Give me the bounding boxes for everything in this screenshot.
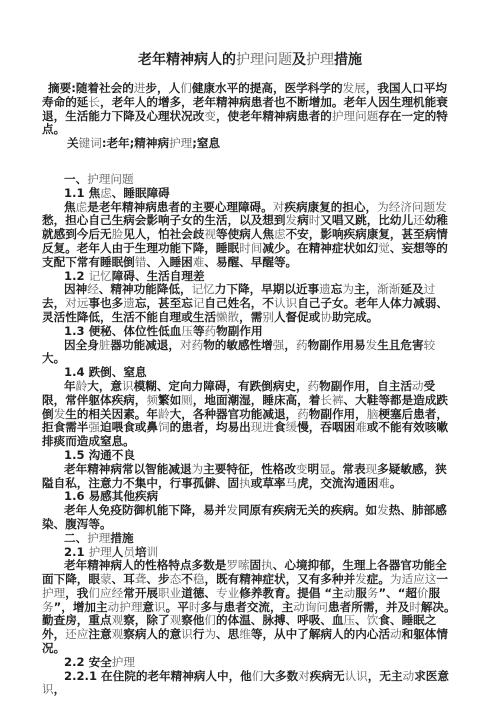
page-title: 老年精神病人的护理问题及护理措施 [0,52,500,69]
subsection-heading: 1.4 跌倒、窒息 [42,366,458,380]
document-body: 摘要:随着社会的进步，人们健康水平的提高，医学科学的发展，我国人口平均寿命的延长… [0,82,500,697]
document-page: 老年精神病人的护理问题及护理措施 摘要:随着社会的进步，人们健康水平的提高，医学… [0,0,500,707]
subsection-heading: 1.2 记忆障碍、生活自理差 [42,270,458,284]
body-paragraph: 年龄大，意识模糊、定向力障碍，有跌倒病史，药物副作用，自主活动受限，常伴躯体疾病… [42,380,458,449]
body-paragraph: 老年精神病人的性格特点多数是罗嗦固执、心境抑郁，生理上各器官功能全面下降，眼蒙、… [42,559,458,656]
body-paragraph: 焦虑是老年精神病患者的主要心理障碍。对疾病康复的担心，为经济问题发愁，担心自己生… [42,201,458,270]
body-paragraph: 因全身脏器功能减退，对药物的敏感性增强，药物副作用易发生且危害较大。 [42,339,458,367]
subsection-heading: 1.6 易感其他疾病 [42,490,458,504]
body-paragraph: 因神经、精神功能降低，记忆力下降，早期以近事遗忘为主，渐渐延及过去，对远事也多遗… [42,283,458,324]
subsection-heading: 2.2 安全护理 [42,656,458,670]
subsection-heading: 1.1 焦虑、睡眠障碍 [42,187,458,201]
subsection-heading: 1.5 沟通不良 [42,449,458,463]
section-heading: 一、护理问题 [42,173,458,187]
subsection-heading: 1.3 便秘、体位性低血压等药物副作用 [42,325,458,339]
spacer [42,151,458,173]
body-paragraph: 2.2.1 在住院的老年精神病人中，他们大多数对疾病无认识，无主动求医意识， [42,670,458,698]
body-paragraph: 老年精神病常以智能减退为主要特征，性格改变明显。常表现多疑敏感，狭隘自私，注意力… [42,463,458,491]
body-paragraph: 老年人免疫防御机能下降，易并发同原有疾病无关的疾病。如发热、肺部感染、腹泻等。 [42,504,458,532]
section-heading: 二、护理措施 [42,532,458,546]
keywords-line: 关键词:老年;精神病护理;窒息 [42,137,458,151]
abstract-paragraph: 摘要:随着社会的进步，人们健康水平的提高，医学科学的发展，我国人口平均寿命的延长… [42,82,458,137]
subsection-heading: 2.1 护理人员培训 [42,546,458,560]
